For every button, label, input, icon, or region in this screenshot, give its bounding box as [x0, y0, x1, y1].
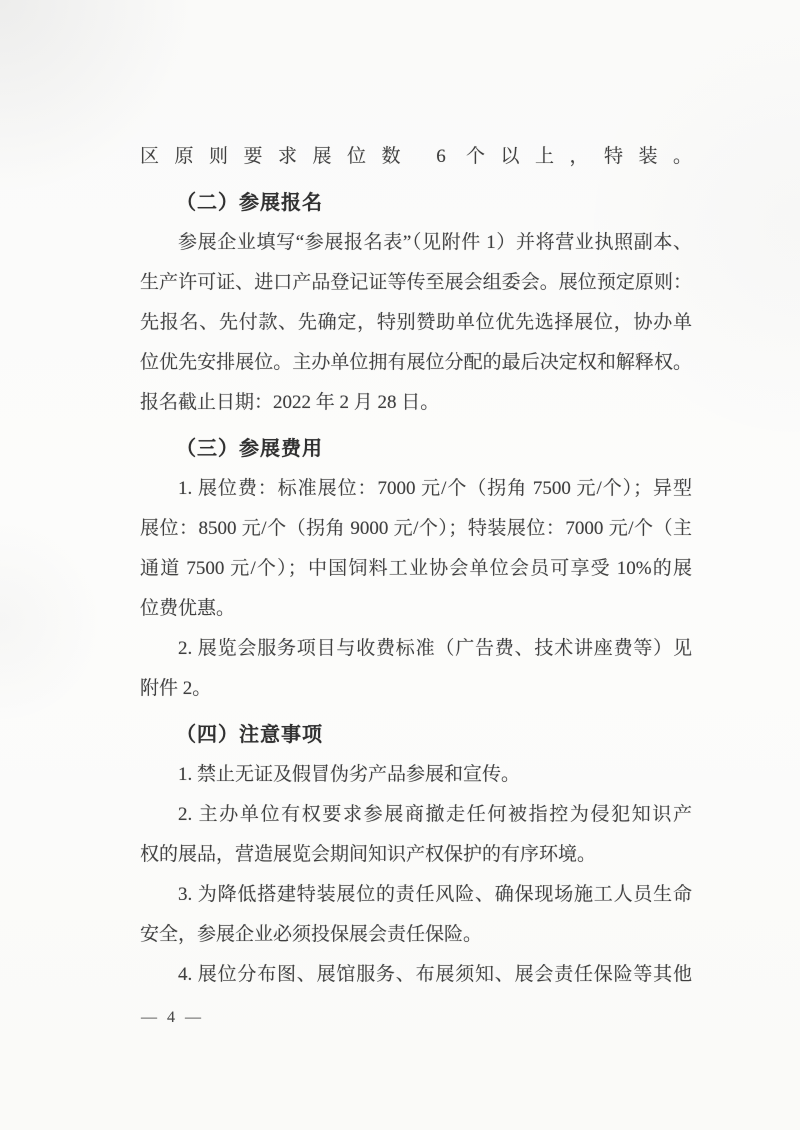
page-number: — 4 — — [141, 1009, 204, 1027]
body-line: 位费优惠。 — [140, 589, 692, 629]
body-line: 报名截止日期：2022 年 2 月 28 日。 — [140, 383, 692, 423]
document-body: 区原则要求展位数 6 个以上，特装。 （二）参展报名 参展企业填写“参展报名表”… — [140, 137, 692, 995]
body-line: 参展企业填写“参展报名表”（见附件 1）并将营业执照副本、 — [140, 223, 692, 263]
body-line: 1. 展位费：标准展位：7000 元/个（拐角 7500 元/个）；异型 — [140, 469, 692, 509]
body-line: 附件 2。 — [140, 669, 692, 709]
body-line: 权的展品，营造展览会期间知识产权保护的有序环境。 — [140, 835, 692, 875]
body-line: 2. 主办单位有权要求参展商撤走任何被指控为侵犯知识产 — [140, 795, 692, 835]
section-heading-registration: （二）参展报名 — [140, 183, 692, 223]
body-line: 生产许可证、进口产品登记证等传至展会组委会。展位预定原则： — [140, 263, 692, 303]
body-line: 先报名、先付款、先确定，特别赞助单位优先选择展位，协办单 — [140, 303, 692, 343]
body-line: 展位：8500 元/个（拐角 9000 元/个）；特装展位：7000 元/个（主 — [140, 509, 692, 549]
body-line: 安全，参展企业必须投保展会责任保险。 — [140, 915, 692, 955]
body-line: 位优先安排展位。主办单位拥有展位分配的最后决定权和解释权。 — [140, 343, 692, 383]
body-line: 2. 展览会服务项目与收费标准（广告费、技术讲座费等）见 — [140, 629, 692, 669]
body-line: 1. 禁止无证及假冒伪劣产品参展和宣传。 — [140, 755, 692, 795]
section-heading-notes: （四）注意事项 — [140, 715, 692, 755]
body-line: 4. 展位分布图、展馆服务、布展须知、展会责任保险等其他 — [140, 955, 692, 995]
body-line: 3. 为降低搭建特装展位的责任风险、确保现场施工人员生命 — [140, 875, 692, 915]
document-page: 区原则要求展位数 6 个以上，特装。 （二）参展报名 参展企业填写“参展报名表”… — [0, 0, 800, 1130]
body-line-intro: 区原则要求展位数 6 个以上，特装。 — [140, 137, 692, 177]
section-heading-fees: （三）参展费用 — [140, 429, 692, 469]
body-line: 通道 7500 元/个）；中国饲料工业协会单位会员可享受 10%的展 — [140, 549, 692, 589]
